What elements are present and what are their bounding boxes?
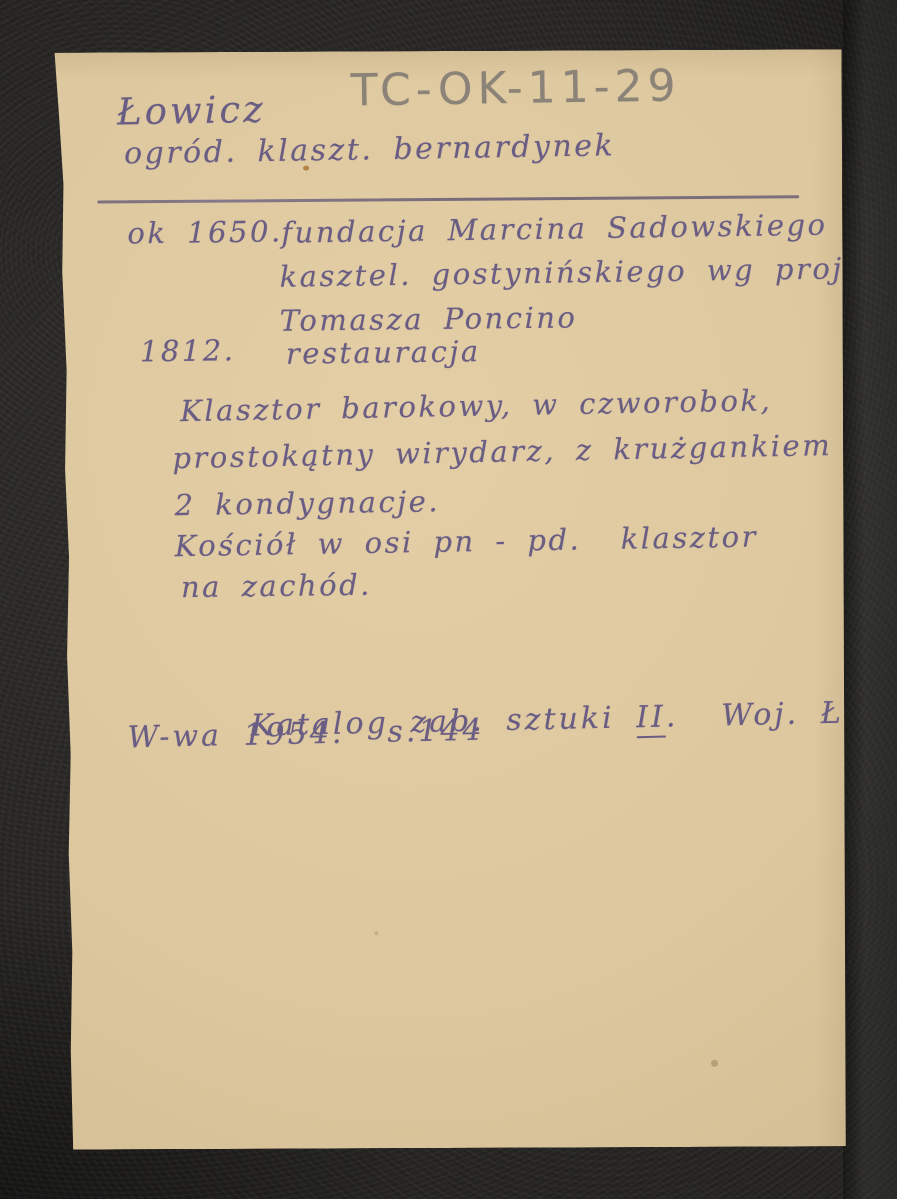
divider-line bbox=[97, 195, 799, 203]
entry-1650-line-2: kasztel. gostynińskiego wg projektu bbox=[279, 250, 897, 293]
description-line-5: na zachód. bbox=[181, 568, 372, 604]
index-card: TC-OK-11-29 Łowicz ogród. klaszt. bernar… bbox=[53, 49, 847, 1149]
bibliography-volume: II bbox=[636, 700, 667, 739]
subject-line: ogród. klaszt. bernardynek bbox=[124, 128, 616, 171]
backdrop-right-band bbox=[843, 0, 897, 1199]
place-name: Łowicz bbox=[116, 88, 266, 134]
photo-backdrop: TC-OK-11-29 Łowicz ogród. klaszt. bernar… bbox=[0, 0, 897, 1199]
entry-1812-line-1: restauracja bbox=[286, 334, 481, 371]
description-line-3: 2 kondygnacje. bbox=[174, 484, 440, 522]
paper-speck bbox=[303, 166, 309, 171]
catalog-number: TC-OK-11-29 bbox=[350, 61, 680, 117]
paper-speck bbox=[374, 931, 378, 935]
entry-1650-line-1: fundacja Marcina Sadowskiego bbox=[281, 208, 828, 250]
entry-1650-date: ok 1650. bbox=[127, 214, 283, 250]
description-line-4: Kościół w osi pn - pd. klasztor bbox=[174, 520, 758, 564]
entry-1650-line-3: Tomasza Poncino bbox=[280, 300, 578, 337]
description-line-2: prostokątny wirydarz, z krużgankiem bbox=[172, 428, 832, 475]
paper-speck bbox=[711, 1060, 718, 1067]
entry-1812-date: 1812. bbox=[140, 333, 236, 368]
description-line-1: Klasztor barokowy, w czworobok, bbox=[180, 383, 773, 428]
